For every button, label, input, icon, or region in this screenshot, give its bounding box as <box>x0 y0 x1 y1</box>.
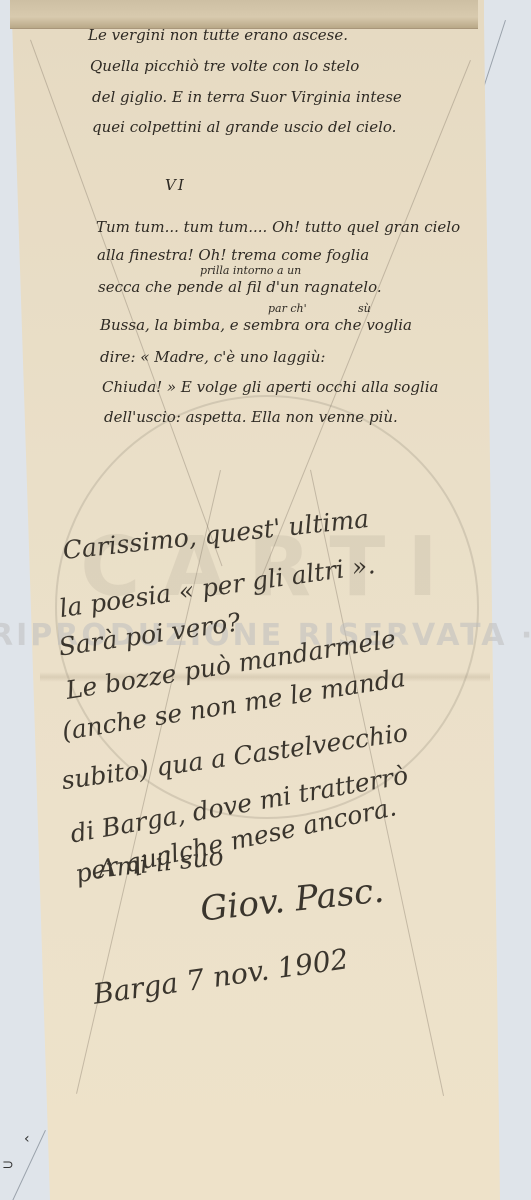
poem-line: alla finestra! Oh! trema come foglia <box>97 246 369 264</box>
poem-line: Le vergini non tutte erano ascese. <box>88 26 348 44</box>
poem-line: secca che pende al fil d'un ragnatelo. <box>98 278 382 296</box>
section-number: VI <box>165 176 186 194</box>
poem-line: del giglio. E in terra Suor Virginia int… <box>92 88 402 106</box>
poem-line: quei colpettini al grande uscio del ciel… <box>92 118 396 136</box>
interlinear-correction: sù <box>358 302 371 315</box>
poem-line: dell'uscio: aspetta. Ella non venne più. <box>104 408 398 426</box>
poem-line: Bussa, la bimba, e sembra ora che voglia <box>100 316 412 334</box>
margin-mark: ‹ <box>24 1131 30 1147</box>
interlinear-correction: prilla intorno a un <box>200 264 301 277</box>
paper-top-fold <box>10 0 478 29</box>
interlinear-correction: par ch' <box>268 302 307 315</box>
poem-line: Tum tum... tum tum.... Oh! tutto quel gr… <box>96 218 460 236</box>
margin-mark: ⊃ <box>2 1157 14 1173</box>
poem-line: Chiuda! » E volge gli aperti occhi alla … <box>102 378 438 396</box>
poem-line: Quella picchiò tre volte con lo stelo <box>90 57 359 75</box>
poem-line: dire: « Madre, c'è uno laggiù: <box>100 348 325 366</box>
